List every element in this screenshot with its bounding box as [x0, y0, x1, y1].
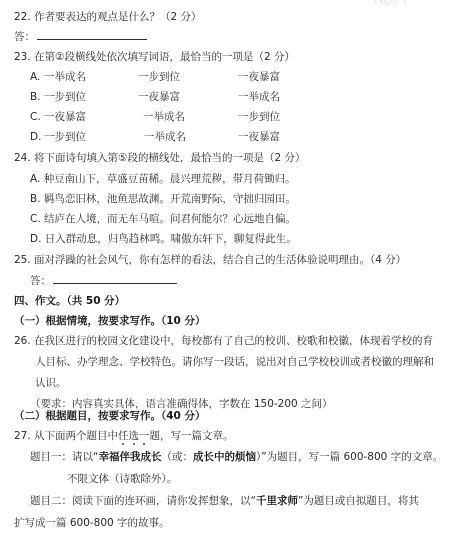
intro-text: 27. 从下面两个题目中	[14, 430, 118, 442]
topic-text: （或：	[161, 451, 193, 463]
answer-blank	[53, 274, 177, 284]
option-label: D.	[30, 233, 41, 245]
exam-page: （观点（ 22. 作者要表达的观点是什么？（2 分） 答： 23. 在第②段横线…	[0, 0, 456, 559]
option-cell: 一夜暴富	[238, 130, 280, 144]
option-cell: 一举成名	[238, 90, 280, 104]
option-label: C.	[30, 213, 41, 225]
topic-2-line-2: 扩写成一篇 600-800 字的故事。	[14, 516, 170, 530]
option-label: B.	[30, 193, 41, 205]
topic-text: 题目一：请以“	[30, 451, 98, 463]
section-4-title: 四、作文。（共 50 分）	[14, 294, 125, 308]
q22-answer-row: 答：	[14, 30, 147, 44]
question-24: 24. 将下面诗句填入第⑤段的横线处，最恰当的一项是（2 分）	[14, 151, 305, 165]
topic-title-bold: 成长中的烦恼	[193, 451, 256, 463]
question-26-line-2: 人目标、办学理念、学校特色。请你写一段话，说出对自己学校校训或者校徽的理解和	[35, 355, 434, 369]
topic-title-bold: 幸福伴我成长	[98, 451, 161, 463]
emphasis-char: 选	[129, 430, 140, 442]
part-1-title: （一）根据情境，按要求写作。（10 分）	[14, 314, 206, 328]
option-text: 种豆南山下，草盛豆苗稀。晨兴理荒秽，带月荷锄归。	[44, 173, 296, 185]
option-cell: 一夜暴富	[138, 90, 180, 104]
question-26-line-1: 26. 在我区进行的校园文化建设中，每校都有了自己的校训、校歌和校徽，体现着学校…	[14, 334, 433, 348]
question-23: 23. 在第②段横线处依次填写词语，最恰当的一项是（2 分）	[14, 50, 295, 64]
option-text: 结庐在人境，而无车马喧。问君何能尔？心远地自偏。	[44, 213, 296, 225]
option-label: A.	[30, 173, 40, 185]
answer-label: 答：	[14, 31, 35, 43]
question-22: 22. 作者要表达的观点是什么？（2 分）	[14, 10, 202, 24]
q24-option-d: D. 日入群动息，归鸟趋林鸣。啸傲东轩下，聊复得此生。	[30, 232, 297, 246]
topic-text: ”为题目或自拟题目，将其	[298, 495, 419, 507]
option-cell: 一夜暴富	[44, 110, 86, 124]
topic-title-bold: 千里求师	[256, 495, 298, 507]
emphasis-char: 一	[139, 430, 150, 442]
option-label: C.	[30, 110, 41, 124]
option-label: B.	[30, 90, 41, 104]
option-cell: 一步到位	[44, 130, 86, 144]
q24-option-a: A. 种豆南山下，草盛豆苗稀。晨兴理荒秽，带月荷锄归。	[30, 172, 296, 186]
question-27-intro: 27. 从下面两个题目中任选一题，写一篇文章。	[14, 429, 234, 443]
option-cell: 一举成名	[44, 70, 86, 84]
question-26-line-3: 认识。	[35, 376, 67, 390]
option-label: D.	[30, 130, 41, 144]
answer-blank	[37, 30, 147, 40]
option-cell: 一举成名	[143, 110, 185, 124]
topic-2: 题目二：阅读下面的连环画，请你发挥想象，以“千里求师”为题目或自拟题目，将其	[30, 494, 419, 508]
cropped-header-fragment: （观点（	[368, 0, 408, 7]
intro-text: 题，写一篇文章。	[150, 430, 234, 442]
option-text: 日入群动息，归鸟趋林鸣。啸傲东轩下，聊复得此生。	[45, 233, 297, 245]
emphasis-char: 任	[118, 430, 129, 442]
option-cell: 一举成名	[144, 130, 186, 144]
question-25: 25. 面对浮躁的社会风气，你有怎样的看法，结合自己的生活体验说明理由。（4 分…	[14, 253, 406, 267]
topic-1: 题目一：请以“幸福伴我成长（或：成长中的烦恼）”为题目，写一篇 600-800 …	[30, 450, 443, 464]
q24-option-b: B. 羁鸟恋旧林，池鱼思故渊。开荒南野际，守拙归园田。	[30, 192, 296, 206]
option-cell: 一步到位	[138, 70, 180, 84]
topic-1-note: 不限文体（诗歌除外）。	[67, 472, 177, 486]
option-cell: 一夜暴富	[238, 70, 280, 84]
option-cell: 一步到位	[44, 90, 86, 104]
q25-answer-row: 答：	[30, 274, 177, 288]
answer-label: 答：	[30, 275, 51, 287]
option-text: 羁鸟恋旧林，池鱼思故渊。开荒南野际，守拙归园田。	[44, 193, 296, 205]
topic-text: 题目二：阅读下面的连环画，请你发挥想象，以“	[30, 495, 256, 507]
option-cell: 一步到位	[238, 110, 280, 124]
topic-text: ）”为题目，写一篇 600-800 字的文章。	[256, 451, 443, 463]
part-2-title: （二）根据题目，按要求写作。（40 分）	[14, 409, 206, 423]
q24-option-c: C. 结庐在人境，而无车马喧。问君何能尔？心远地自偏。	[30, 212, 296, 226]
option-label: A.	[30, 70, 40, 84]
